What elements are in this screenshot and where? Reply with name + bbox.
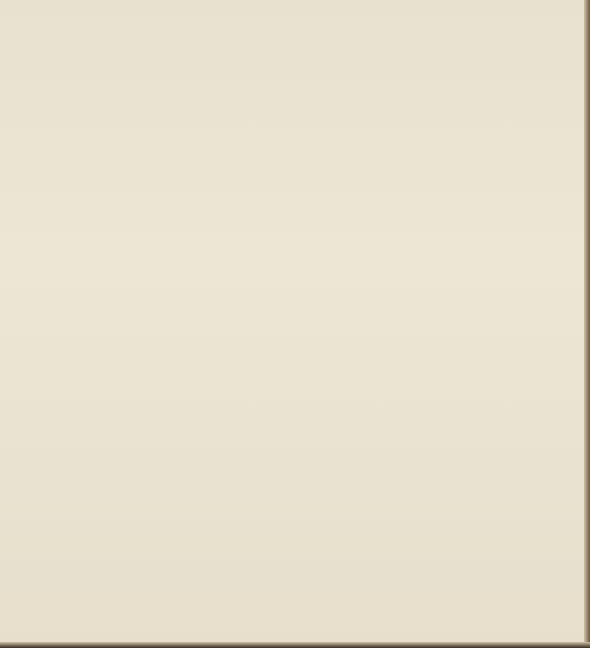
logbook-grid [0,0,590,648]
